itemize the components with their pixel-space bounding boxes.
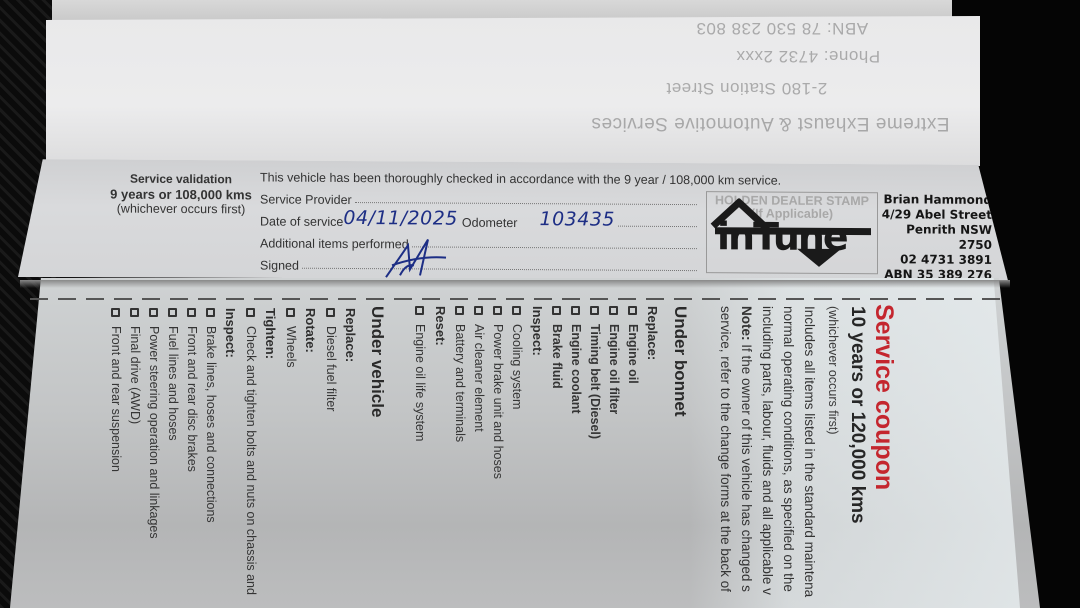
checklist-item[interactable]: Battery and terminals <box>453 306 467 442</box>
checklist-item[interactable]: Engine oil <box>626 306 640 384</box>
checkbox[interactable] <box>610 306 619 315</box>
checklist-item[interactable]: Engine oil filter <box>607 306 621 414</box>
validation-period: 9 years or 108,000 kms <box>86 186 276 202</box>
checklist-item[interactable]: Wheels <box>284 308 298 368</box>
coupon-title: Service coupon <box>869 304 898 490</box>
service-provider-field[interactable] <box>355 202 697 205</box>
checklist-item[interactable]: Front and rear disc brakes <box>185 308 199 472</box>
item-label: Cooling system <box>510 324 524 409</box>
bleed-through-phone: Phone: 4732 2xxx <box>736 46 880 66</box>
coupon-description-1: Includes all items listed in the standar… <box>799 306 820 597</box>
checkbox[interactable] <box>553 306 562 315</box>
signed-row: Signed <box>260 252 700 275</box>
checklist-item[interactable]: Cooling system <box>510 306 524 409</box>
checklist-item[interactable]: Check and tighten bolts and nuts on chas… <box>244 308 258 595</box>
checkbox[interactable] <box>591 306 600 315</box>
checkbox[interactable] <box>287 308 296 317</box>
checkbox[interactable] <box>456 306 465 315</box>
item-label: Wheels <box>284 326 298 368</box>
coupon-note-1: Note: If the owner of this vehicle has c… <box>736 306 757 592</box>
bleed-through-business: Extreme Exhaust & Automotive Services <box>591 112 950 134</box>
signed-field[interactable] <box>302 268 697 271</box>
checklist-item[interactable]: Engine oil life system <box>413 306 427 441</box>
checkbox[interactable] <box>247 308 256 317</box>
uv-tighten-label: Tighten: <box>263 308 278 359</box>
coupon-description-3: including parts, labour, fluids and all … <box>757 306 778 595</box>
checklist-item[interactable]: Fuel lines and hoses <box>166 308 180 441</box>
additional-items-field[interactable] <box>412 246 697 249</box>
uv-replace-label: Replace: <box>343 308 358 362</box>
checklist-item[interactable]: Air cleaner element <box>472 306 486 432</box>
dealer-phone: 02 4731 3891 <box>870 252 992 268</box>
validation-whichever: (whichever occurs first) <box>86 201 276 217</box>
coupon-note-2: service, refer to the change forms at th… <box>715 306 736 592</box>
item-label: Brake lines, hoses and connections <box>204 326 218 523</box>
item-label: Power brake unit and hoses <box>491 324 505 479</box>
checkbox[interactable] <box>131 308 140 317</box>
dealer-suburb: Penrith NSW 2750 <box>870 222 992 253</box>
service-validation-strip: Service validation 9 years or 108,000 km… <box>18 159 1008 283</box>
checklist-item[interactable]: Power brake unit and hoses <box>491 306 505 479</box>
checklist-item[interactable]: Power steering operation and linkages <box>147 308 161 539</box>
date-label: Date of service <box>260 214 343 229</box>
bleed-through-abn: ABN: 78 530 238 803 <box>696 18 868 38</box>
checkbox[interactable] <box>475 306 484 315</box>
odometer-value[interactable]: 103435 <box>539 208 615 230</box>
intune-logo: inTune <box>717 214 847 259</box>
item-label: Diesel fuel filter <box>324 326 338 411</box>
under-vehicle-heading: Under vehicle <box>367 306 387 418</box>
item-label: Air cleaner element <box>472 324 486 432</box>
checkbox[interactable] <box>150 308 159 317</box>
item-label: Power steering operation and linkages <box>147 326 161 539</box>
item-label: Engine oil life system <box>413 324 427 441</box>
date-value[interactable]: 04/11/2025 <box>343 207 458 230</box>
coupon-period: 10 years or 120,000 kms <box>846 306 868 524</box>
item-label: Fuel lines and hoses <box>166 326 180 441</box>
under-bonnet-heading: Under bonnet <box>670 306 690 417</box>
checkbox[interactable] <box>188 308 197 317</box>
uv-rotate-label: Rotate: <box>303 308 318 353</box>
dealer-street: 4/29 Abel Street <box>870 207 992 223</box>
item-label: Brake fluid <box>550 324 564 389</box>
checklist-item[interactable]: Engine coolant <box>569 306 583 414</box>
service-provider-label: Service Provider <box>260 192 352 207</box>
note-text-1: If the owner of this vehicle has changed… <box>739 344 754 592</box>
checkbox[interactable] <box>207 308 216 317</box>
item-label: Front and rear disc brakes <box>185 326 199 472</box>
ub-inspect-label: Inspect: <box>530 306 545 356</box>
dealer-name: Brian Hammond <box>870 192 992 208</box>
uv-inspect-label: Inspect: <box>223 308 238 358</box>
item-label: Battery and terminals <box>453 324 467 442</box>
item-label: Engine oil <box>626 324 640 384</box>
checkbox[interactable] <box>494 306 503 315</box>
date-odometer-row: Date of service 04/11/2025 Odometer 1034… <box>260 208 700 231</box>
coupon-description-2: normal operating conditions, as specifie… <box>778 306 799 592</box>
item-label: Engine oil filter <box>607 324 621 414</box>
item-label: Timing belt (Diesel) <box>588 324 602 439</box>
validation-heading: Service validation 9 years or 108,000 km… <box>86 171 276 217</box>
note-label: Note: <box>739 306 754 341</box>
checklist-item[interactable]: Final drive (AWD) <box>128 308 142 424</box>
validation-intro: This vehicle has been thoroughly checked… <box>260 170 700 187</box>
additional-items-row: Additional items performed <box>260 230 700 253</box>
coupon-whichever: (whichever occurs first) <box>826 306 840 435</box>
ub-reset-label: Reset: <box>433 306 448 346</box>
bleed-through-address: 2-180 Station Street <box>666 78 827 98</box>
checklist-item[interactable]: Brake lines, hoses and connections <box>204 308 218 523</box>
odometer-dots <box>618 226 697 227</box>
item-label: Check and tighten bolts and nuts on chas… <box>244 326 258 595</box>
checkbox[interactable] <box>112 308 121 317</box>
checkbox[interactable] <box>327 308 336 317</box>
dealer-stamp-box: HOLDEN DEALER STAMP (If Applicable) inTu… <box>706 191 878 274</box>
item-label: Engine coolant <box>569 324 583 414</box>
checklist-item[interactable]: Brake fluid <box>550 306 564 389</box>
item-label: Final drive (AWD) <box>128 326 142 424</box>
checklist-item[interactable]: Diesel fuel filter <box>324 308 338 411</box>
checkbox[interactable] <box>513 306 522 315</box>
odometer-label: Odometer <box>462 216 518 230</box>
service-provider-row: Service Provider <box>260 186 700 209</box>
signed-label: Signed <box>260 258 299 272</box>
fold-shadow <box>20 280 1010 288</box>
checkbox[interactable] <box>629 306 638 315</box>
checkbox[interactable] <box>416 306 425 315</box>
checklist-item[interactable]: Timing belt (Diesel) <box>588 306 602 439</box>
item-label: Front and rear suspension <box>109 326 123 472</box>
ub-replace-label: Replace: <box>645 306 660 360</box>
checkbox[interactable] <box>572 306 581 315</box>
validation-title: Service validation <box>86 171 276 187</box>
checkbox[interactable] <box>169 308 178 317</box>
top-folded-page: ABN: 78 530 238 803 Phone: 4732 2xxx 2-1… <box>46 16 980 166</box>
perforation-line <box>30 298 1000 300</box>
checklist-item[interactable]: Front and rear suspension <box>109 308 123 472</box>
